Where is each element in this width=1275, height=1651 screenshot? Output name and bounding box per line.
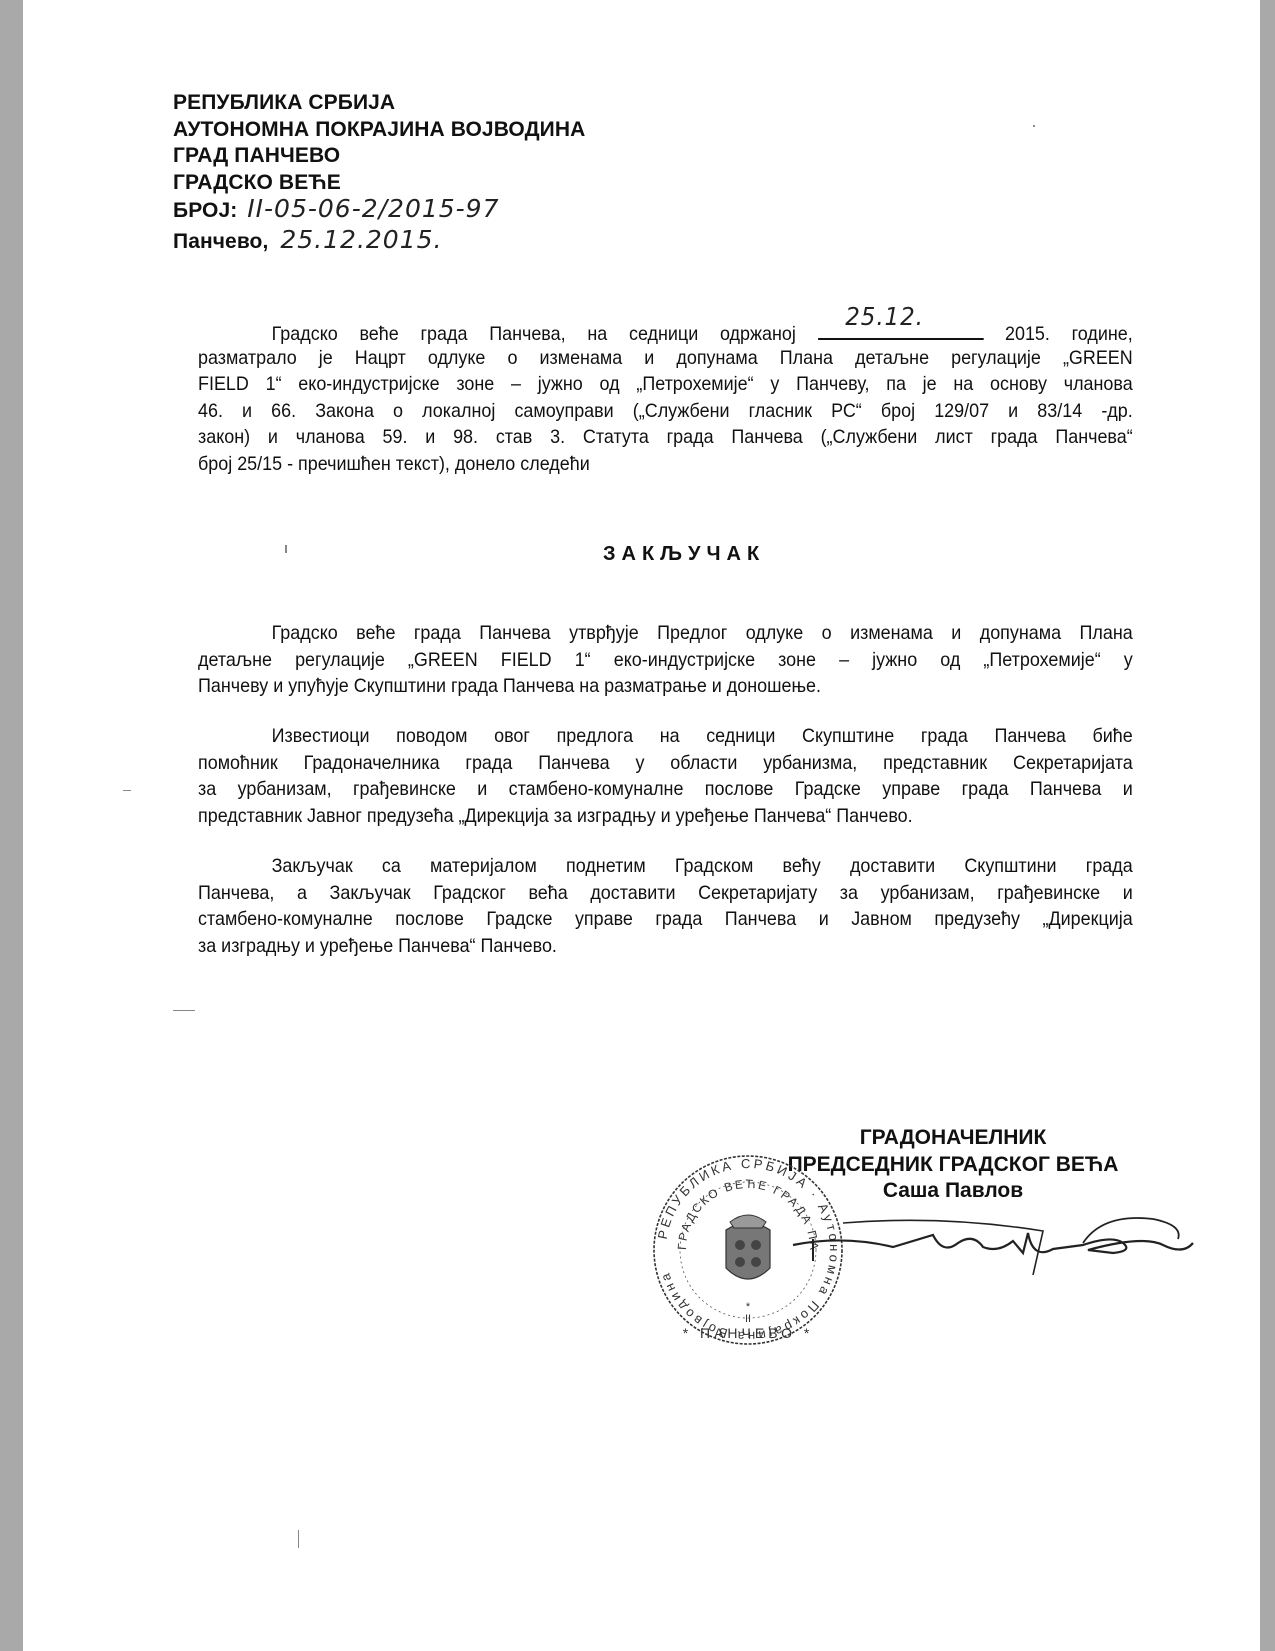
body-line: представник Јавног предузећа „Дирекција … [198, 803, 1133, 830]
body-line: Панчеву и упућује Скупштини града Панчев… [198, 673, 1133, 700]
letterhead-line-council: ГРАДСКО ВЕЋЕ [173, 170, 585, 197]
intro-line-1: Градско веће града Панчева, на седници о… [198, 318, 1133, 345]
place-label: Панчево, [173, 230, 268, 253]
coat-of-arms-icon [726, 1215, 770, 1279]
svg-text:II: II [745, 1313, 751, 1325]
body-line: Известиоци поводом овог предлога на седн… [198, 723, 1133, 750]
intro-line-1-end: 2015. године, [1005, 323, 1133, 345]
intro-line-1-start: Градско веће града Панчева, на седници о… [272, 323, 796, 345]
intro-line: закон) и чланова 59. и 98. став 3. Стату… [198, 424, 1133, 451]
body-line: помоћник Градоначелника града Панчева у … [198, 750, 1133, 777]
intro-line: 46. и 66. Закона о локалној самоуправи (… [198, 398, 1133, 425]
session-date-handwritten: 25.12. [845, 304, 924, 331]
intro-paragraph: Градско веће града Панчева, на седници о… [198, 318, 1133, 477]
handwritten-signature [783, 1205, 1203, 1275]
letterhead-line-city: ГРАД ПАНЧЕВО [173, 143, 585, 170]
scan-artifact [285, 545, 287, 553]
session-date-blank: 25.12. [818, 318, 984, 340]
date-handwritten: 25.12.2015. [280, 225, 442, 254]
scan-artifact [298, 1530, 299, 1548]
document-title: ЗАКЉУЧАК [603, 543, 765, 566]
scan-artifact [173, 1010, 195, 1011]
svg-text:* ПАНЧЕВО *: * ПАНЧЕВО * [683, 1325, 814, 1341]
scan-artifact [123, 790, 131, 791]
body-paragraph-2: Известиоци поводом овог предлога на седн… [198, 723, 1133, 829]
intro-line: број 25/15 - пречишћен текст), донело сл… [198, 451, 1133, 478]
body-line: Панчева, а Закључак Градског већа достав… [198, 880, 1133, 907]
place-date-row: Панчево, 25.12.2015. [173, 227, 585, 256]
document-page: РЕПУБЛИКА СРБИЈА АУТОНОМНА ПОКРАЈИНА ВОЈ… [23, 0, 1260, 1651]
body-line: Закључак са материјалом поднетим Градско… [198, 853, 1133, 880]
body-line: за урбанизам, грађевинске и стамбено-ком… [198, 776, 1133, 803]
body-line: Градско веће града Панчева утврђује Пред… [198, 620, 1133, 647]
svg-text:*: * [746, 1301, 751, 1313]
intro-line: разматрало је Нацрт одлуке о изменама и … [198, 345, 1133, 372]
letterhead: РЕПУБЛИКА СРБИЈА АУТОНОМНА ПОКРАЈИНА ВОЈ… [173, 90, 585, 255]
body-paragraph-3: Закључак са материјалом поднетим Градско… [198, 853, 1133, 959]
body-line: за изградњу и уређење Панчева“ Панчево. [198, 933, 1133, 960]
signature-title-mayor: ГРАДОНАЧЕЛНИК [763, 1125, 1143, 1152]
scan-artifact [1033, 125, 1035, 127]
body-paragraph-1: Градско веће града Панчева утврђује Пред… [198, 620, 1133, 700]
body-line: детаљне регулације „GREEN FIELD 1“ еко-и… [198, 647, 1133, 674]
letterhead-line-republic: РЕПУБЛИКА СРБИЈА [173, 90, 585, 117]
intro-line: FIELD 1“ еко-индустријске зоне – јужно о… [198, 371, 1133, 398]
document-number-handwritten: II-05-06-2/2015-97 [247, 194, 499, 223]
document-number-label: БРОЈ: [173, 199, 237, 222]
document-number-row: БРОЈ: II-05-06-2/2015-97 [173, 196, 585, 225]
body-line: стамбено-комуналне послове Градске управ… [198, 906, 1133, 933]
letterhead-line-province: АУТОНОМНА ПОКРАЈИНА ВОЈВОДИНА [173, 117, 585, 144]
